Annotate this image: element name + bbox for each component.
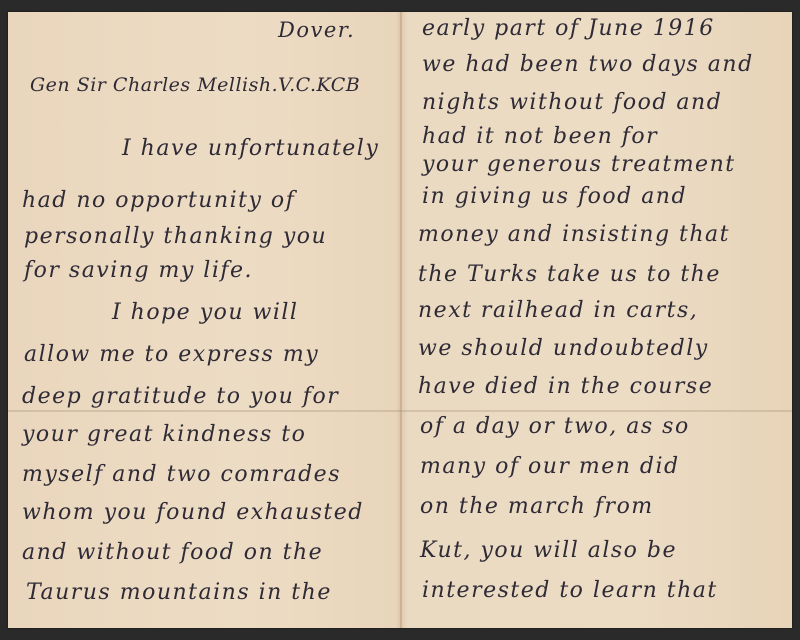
- salutation: Gen Sir Charles Mellish.V.C.KCB: [30, 74, 360, 96]
- letter-line: money and insisting that: [418, 222, 730, 247]
- letter-line: for saving my life.: [24, 258, 253, 283]
- vertical-fold: [400, 12, 402, 628]
- letter-line: on the march from: [420, 494, 654, 519]
- letter-line: whom you found exhausted: [22, 500, 364, 525]
- letter-line: deep gratitude to you for: [22, 384, 339, 409]
- letter-line: interested to learn that: [422, 578, 718, 603]
- letter-line: personally thanking you: [24, 224, 327, 249]
- letter-line: your great kindness to: [22, 422, 306, 447]
- letter-header: Dover.: [278, 18, 355, 42]
- letter-line: have died in the course: [418, 374, 713, 399]
- letter-line: I hope you will: [112, 300, 298, 325]
- letter-line: and without food on the: [22, 540, 323, 565]
- letter-sheet: Dover. Gen Sir Charles Mellish.V.C.KCB I…: [8, 12, 792, 628]
- letter-line: of a day or two, as so: [420, 414, 690, 439]
- letter-line: your generous treatment: [422, 152, 736, 177]
- letter-line: Taurus mountains in the: [26, 580, 332, 605]
- letter-line: the Turks take us to the: [418, 262, 721, 287]
- letter-line: myself and two comrades: [22, 462, 341, 487]
- letter-line: we should undoubtedly: [418, 336, 709, 361]
- horizontal-fold: [8, 410, 792, 412]
- letter-line: many of our men did: [420, 454, 680, 479]
- letter-line: in giving us food and: [422, 184, 687, 209]
- letter-line: nights without food and: [422, 90, 722, 115]
- letter-line: allow me to express my: [24, 342, 319, 367]
- letter-line: had it not been for: [422, 124, 658, 149]
- letter-line: Kut, you will also be: [420, 538, 677, 563]
- letter-line: early part of June 1916: [422, 16, 715, 41]
- letter-line: had no opportunity of: [22, 188, 295, 213]
- letter-line: I have unfortunately: [122, 136, 379, 161]
- letter-line: we had been two days and: [422, 52, 754, 77]
- letter-line: next railhead in carts,: [418, 298, 698, 323]
